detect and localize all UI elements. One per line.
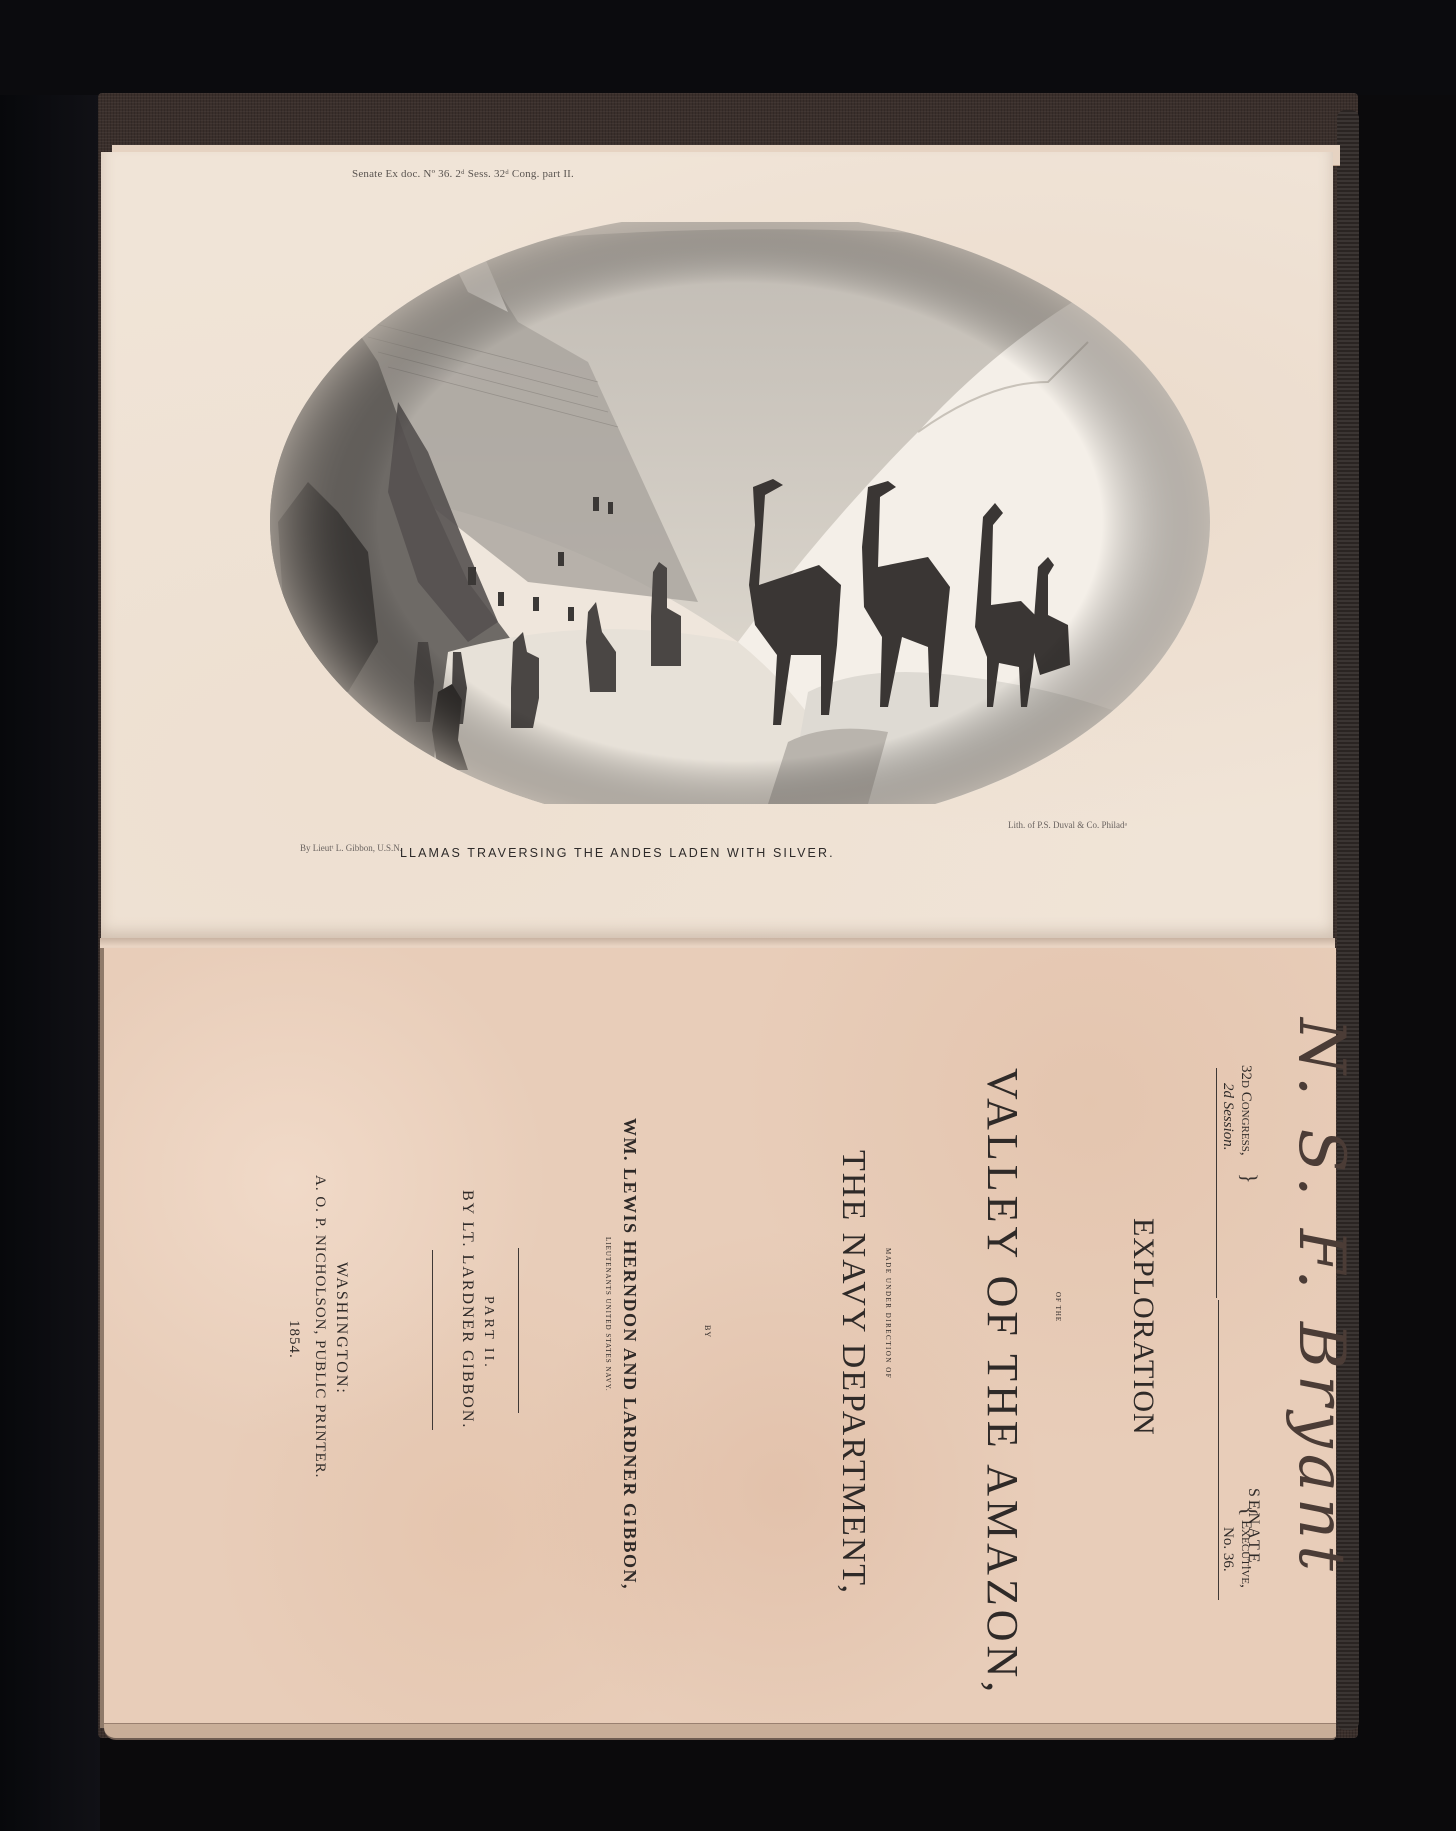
header-rule-2	[1218, 1300, 1219, 1600]
background-top	[0, 0, 1456, 95]
llama-illustration	[268, 222, 1213, 804]
header-rule	[1216, 1068, 1217, 1298]
part-author: BY LT. LARDNER GIBBON.	[458, 1190, 476, 1429]
made-under-direction: MADE UNDER DIRECTION OF	[884, 1248, 892, 1379]
background	[0, 0, 100, 1831]
imprint-printer: A. O. P. NICHOLSON, PUBLIC PRINTER.	[311, 1175, 328, 1478]
document-reference-note: Senate Ex doc. Nº 36. 2ᵈ Sess. 32ᵈ Cong.…	[352, 168, 574, 180]
imprint-place: WASHINGTON:	[332, 1262, 350, 1395]
title-exploration: EXPLORATION	[1126, 1218, 1160, 1436]
document-type-label: Executive,	[1237, 1520, 1254, 1588]
authors-rank: LIEUTENANTS UNITED STATES NAVY.	[604, 1237, 612, 1392]
artist-credit: By Lieutᵗ L. Gibbon, U.S.N.	[300, 843, 402, 853]
section-divider	[518, 1248, 519, 1413]
congress-label: 32d Congress,	[1237, 1065, 1254, 1156]
handwritten-inscription: N. S. F. Bryant	[1284, 1018, 1358, 1577]
imprint-divider	[432, 1250, 433, 1430]
part-label: PART II.	[480, 1296, 496, 1370]
document-number-label: No. 36.	[1219, 1527, 1236, 1572]
title-of-the: OF THE	[1054, 1292, 1062, 1322]
lithographer-credit: Lith. of P.S. Duval & Co. Philadᵃ	[1008, 820, 1127, 830]
imprint-year: 1854.	[285, 1320, 302, 1359]
brace-left: }	[1236, 1173, 1262, 1184]
illustration-caption: LLAMAS TRAVERSING THE ANDES LADEN WITH S…	[400, 846, 1040, 860]
title-navy-department: THE NAVY DEPARTMENT,	[834, 1150, 872, 1595]
authors-names: WM. LEWIS HERNDON AND LARDNER GIBBON,	[619, 1118, 640, 1590]
session-label: 2d Session.	[1219, 1083, 1236, 1151]
brace-right: {	[1236, 1506, 1262, 1517]
title-valley-of-the-amazon: VALLEY OF THE AMAZON,	[977, 1068, 1028, 1696]
page-edge-bottom	[104, 1723, 1336, 1740]
by-label: BY	[703, 1325, 712, 1338]
